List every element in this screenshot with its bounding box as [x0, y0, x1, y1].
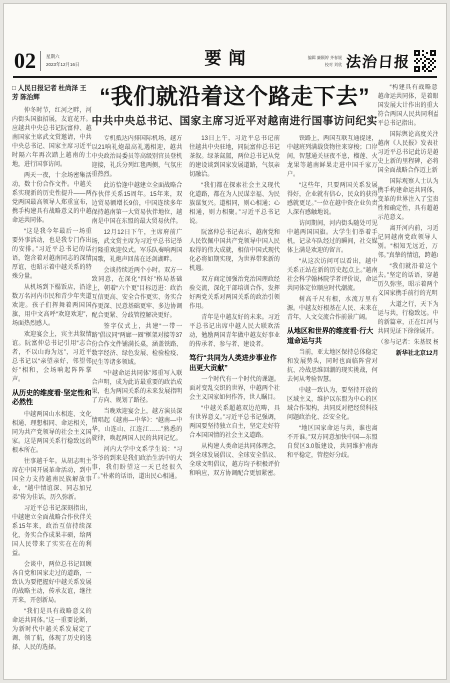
article-paragraph: 从构建人类命运共同体理念，到全球发展倡议、全球安全倡议、全球文明倡议，越方均予积…: [189, 443, 280, 479]
article-paragraph: “我们都在探索社会主义现代化道路，都在为人民谋幸福、为民族谋复兴。道相同，则心相…: [189, 182, 280, 227]
article-paragraph: 中越两国山水相连、文化相通、理想相同、命运相关，同为共产党领导的社会主义国家。这…: [12, 411, 92, 456]
weekday: 星期六: [46, 53, 80, 61]
page-number: 02: [14, 50, 36, 72]
article-center-block: “我们就沿着这个路走下去” 中共中央总书记、国家主席习近平对越南进行国事访问纪实…: [92, 84, 378, 661]
page-number-block: 02 星期六 2023年12月16日: [14, 50, 80, 72]
editor-credits-line1: 编辑 廉颖婷 齐春媛: [308, 54, 342, 61]
article-paragraph: “这些年，只要两国关系发展得好，企业就有信心，民众的获得感就更足。”一位在越中资…: [287, 182, 378, 218]
article-paragraph: “我们是具有战略意义的命运共同体。”这一重要论断，为新时代中越关系发展定了调、领…: [12, 608, 92, 653]
article-paragraph: 一个时代有一个时代的课题。面对变乱交织的世界，中越两个社会主义国家如何作答，世人…: [189, 376, 280, 403]
article-headline: “我们就沿着这个路走下去”: [92, 85, 378, 110]
date: 2023年12月16日: [46, 61, 80, 69]
article-paragraph: 离开河内前，习近平总书记同越南党政领导人一一话别。“相知无远近，万里尚为邻。”真…: [378, 225, 438, 261]
article-paragraph: 12月12日下午，主席府前广场，武文赏主席为习近平总书记举行隆重欢迎仪式。军乐队…: [92, 229, 183, 265]
article-body: □ 人民日报记者 杜尚泽 王芳 陈治辉仲冬时节，红河之畔，河内街头国旗招展，友谊…: [12, 84, 438, 661]
article-paragraph: 中越一致认为，要坚持开放的区域主义，维护以东盟为中心的区域合作架构，共同反对把经…: [287, 387, 378, 423]
article-paragraph: 从机场到下榻饭店，沿途数万名河内市民和青少年夹道欢迎。孩子们挥舞着两国国旗，用中…: [12, 284, 92, 329]
headline-block: “我们就沿着这个路走下去” 中共中央总书记、国家主席习近平对越南进行国事访问纪实: [92, 84, 378, 136]
article-agency-signoff: 新华社北京12月15日电: [378, 350, 438, 359]
article-paragraph: 仲冬时节，红河之畔，河内街头国旗招展，友谊花开。应越共中央总书记阮富仲、越南国家…: [12, 107, 92, 170]
article-paragraph: 树高千尺有根，水流万里有源。中越友好根基在人民、未来在青年，人文交流合作前景广阔…: [287, 296, 378, 323]
article-paragraph: “这是我今年最后一场重要外事活动，也是我专门作出的安排。”习近平总书记的话语，饱…: [12, 228, 92, 282]
article-column-1: □ 人民日报记者 杜尚泽 王芳 陈治辉仲冬时节，红河之畔，河内街头国旗招展，友谊…: [12, 84, 92, 661]
editor-credits: 编辑 廉颖婷 齐春媛 校对 刘欣: [308, 54, 342, 68]
article-paragraph: 欢迎宴会上，宾主共叙情谊。阮富仲总书记引用“志合者，不以山海为远”，习近平总书记…: [12, 331, 92, 385]
article-paragraph: “从这次访问可以看出，越中关系正站在新的历史起点上。”越南社会科学翰林院学者评价…: [287, 258, 378, 294]
article-paragraph: “我们就沿着这个路走下去。”坚定的话语，穿越时空、历久弥坚，昭示着两个社会主义国…: [378, 263, 438, 299]
article-paragraph: 此访恰逢中越建立全面战略合作伙伴关系15周年。15年来，双边贸易额增长9倍，中国…: [92, 182, 183, 227]
page-header: 02 星期六 2023年12月16日 要闻 编辑 廉颖婷 齐春媛 校对 刘欣 法…: [12, 42, 438, 76]
article-paragraph: 会谈持续近两个小时。双方一致同意，在深化“四好”格局基础上，朝着“六个更”目标迈…: [92, 267, 183, 321]
article-subhead: 从历史的维度看·坚定性和必然性: [12, 389, 92, 408]
article-paragraph: 河内大学中文系学生说：“习爷爷的到来是我们政治生活中的大事，我们盼望这一天已经很…: [92, 446, 183, 482]
article-paragraph: “中越关系超越双边范畴，具有世界意义。”习近平总书记强调，两国要坚持独立自主，坚…: [189, 405, 280, 441]
article-subhead: 从地区和世界的维度看·行大道命运与共: [287, 327, 378, 346]
masthead-block: 编辑 廉颖婷 齐春媛 校对 刘欣 法治日报: [308, 50, 436, 72]
article-paragraph: 阮富仲总书记表示，越南党和人民钦佩中国共产党领导中国人民取得的伟大成就，相信中国…: [189, 229, 280, 274]
section-title: 要闻: [198, 44, 253, 69]
center-columns: 专机抵达内排国际机场，越方以21响礼炮最高礼遇相迎，越共中央政治局委员等高级别官…: [92, 135, 378, 660]
article-byline: □ 人民日报记者 杜尚泽 王芳 陈治辉: [12, 84, 92, 104]
article-paragraph: “地区国家命运与共，谁也离不开谁。”双方同意加快中国—东盟自贸区3.0版建设，共…: [287, 425, 378, 461]
newspaper-page: 02 星期六 2023年12月16日 要闻 编辑 廉颖婷 齐春媛 校对 刘欣 法…: [3, 3, 447, 680]
article-paragraph: 当前，亚太地区保持总体稳定和发展势头，同时也面临阵营对抗、冷战思维回潮的现实挑战…: [287, 349, 378, 385]
article-subheadline: 中共中央总书记、国家主席习近平对越南进行国事访问纪实: [92, 113, 378, 128]
article-paragraph: 13日上午，习近平总书记前往越共中央驻地，同阮富仲总书记茶叙。绿茶氤氲，两位总书…: [189, 135, 280, 180]
article-column-5: “构建具有战略意义的中越命运共同体，是着眼两党两国发展大计作出的重大决策，符合两…: [378, 84, 438, 661]
article-paragraph: 青年是中越友好的未来。习近平总书记出席中越人民大联欢活动，勉励两国青年做中越友好…: [189, 314, 280, 350]
article-paragraph: “中越命运共同体”郑重写入联合声明，成为此访最重要的政治成果，也为两国关系的未来…: [92, 370, 183, 406]
article-paragraph: 大道之行，天下为公；命运与共，行稳致远。中越关系的新篇章，正在红河与长江的共同见…: [378, 301, 438, 337]
header-divider: [40, 51, 41, 71]
article-subhead: 笃行“共同为人类进步事业作出更大贡献”: [189, 354, 280, 373]
qr-code-icon: [414, 50, 436, 72]
article-column-3: 13日上午，习近平总书记前往越共中央驻地，同阮富仲总书记茶叙。绿茶氤氲，两位总书…: [189, 135, 280, 660]
article-paragraph: 专机抵达内排国际机场，越方以21响礼炮最高礼遇相迎，越共中央政治局委员等高级别官…: [92, 135, 183, 180]
article-column-2: 专机抵达内排国际机场，越方以21响礼炮最高礼遇相迎，越共中央政治局委员等高级别官…: [92, 135, 183, 660]
article-paragraph: 访问期间，河内街头随处可见中越两国国旗。大学生们举着手机，记录车队经过的瞬间，社…: [287, 220, 378, 256]
article-column-4: 铁路上，两国互联互通提速，中越班列满载货物往来穿梭；口岸间，智慧通关昼夜不息，榴…: [287, 135, 378, 660]
article-paragraph: 会谈中，两位总书记回顾各自党和国家走过的道路，一致认为要把握好中越关系发展的战略…: [12, 561, 92, 606]
article-paragraph: 双方商定加强治党治国理政经验交流，深化干部培训合作，发挥好两党关系对两国关系的政…: [189, 276, 280, 312]
header-rule: [13, 76, 437, 78]
editor-credits-line2: 校对 刘欣: [308, 61, 342, 68]
newspaper-masthead: 法治日报: [345, 51, 410, 72]
article-paragraph: 两天一夜，十余场密集活动，数十份合作文件。中越关系实现新的历史性提升——两党两国…: [12, 172, 92, 226]
article-paragraph: 国际观察人士认为，中越携手构建命运共同体，为动荡变革的世界注入了宝贵的稳定性和确…: [378, 178, 438, 223]
article-paragraph: 国际舆论高度关注此访。越南《人民报》发表社论说，习近平总书记此访是越中关系史上新…: [378, 131, 438, 176]
article-paragraph: 当晚欢迎宴会上，越方演员深情唱起《越南—中华》：“越南—中华，山连山、江连江………: [92, 408, 183, 444]
date-block: 星期六 2023年12月16日: [46, 53, 80, 68]
article-endnote: （参与记者：朱基钗 杨依军）: [378, 339, 438, 348]
article-paragraph: 铁路上，两国互联互通提速，中越班列满载货物往来穿梭；口岸间，智慧通关昼夜不息，榴…: [287, 135, 378, 180]
article-paragraph: 习近平总书记深刻指出，中越建立全面战略合作伙伴关系15年来，政治互信持续深化，务…: [12, 505, 92, 559]
article-paragraph: 签字仪式上，共建“一带一路”倡议同“两廊一圈”框架对接等37份合作文件铺满长桌，…: [92, 323, 183, 368]
article-paragraph: 往事越千年。从胡志明主席在中国开展革命活动，到中国全力支持越南民族解放事业，“越…: [12, 458, 92, 503]
article-paragraph: “构建具有战略意义的中越命运共同体，是着眼两党两国发展大计作出的重大决策，符合两…: [378, 84, 438, 129]
